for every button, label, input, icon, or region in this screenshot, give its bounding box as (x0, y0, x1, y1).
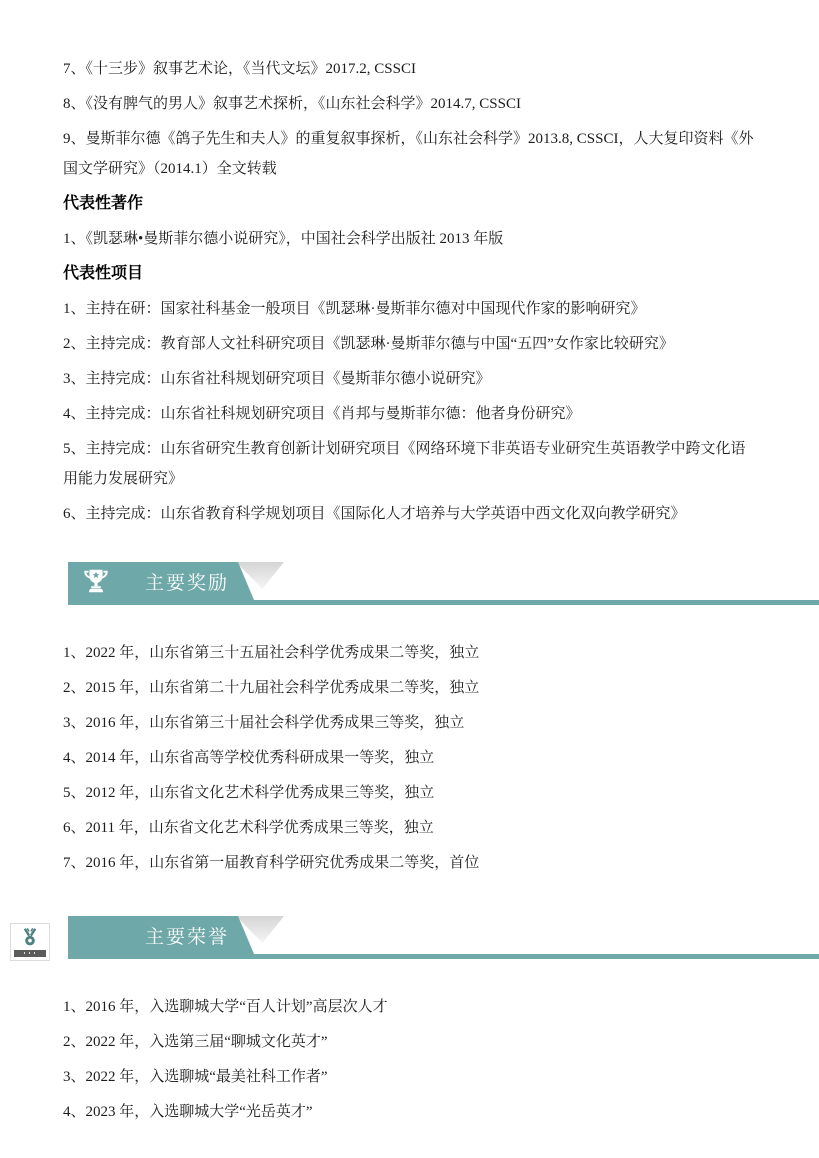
publication-item: 9、曼斯菲尔德《鸽子先生和夫人》的重复叙事探析，《山东社会科学》2013.8, … (63, 124, 757, 184)
honor-item: 2、2022 年，入选第三届“聊城文化英才” (63, 1027, 757, 1057)
award-item: 6、2011 年，山东省文化艺术科学优秀成果三等奖，独立 (63, 813, 757, 843)
medal-icon (10, 923, 50, 961)
project-item: 5、主持完成：山东省研究生教育创新计划研究项目《网络环境下非英语专业研究生英语教… (63, 434, 757, 494)
award-item: 1、2022 年，山东省第三十五届社会科学优秀成果二等奖，独立 (63, 638, 757, 668)
medal-icon-caption-strip (14, 950, 46, 957)
works-heading: 代表性著作 (63, 189, 757, 219)
banner-underline (68, 600, 819, 605)
profile-document-page: 7、《十三步》叙事艺术论，《当代文坛》2017.2, CSSCI 8、《没有脾气… (0, 0, 819, 1158)
project-item: 6、主持完成：山东省教育科学规划项目《国际化人才培养与大学英语中西文化双向教学研… (63, 499, 757, 529)
work-item: 1、《凯瑟琳•曼斯菲尔德小说研究》，中国社会科学出版社 2013 年版 (63, 224, 757, 254)
award-item: 3、2016 年，山东省第三十届社会科学优秀成果三等奖，独立 (63, 708, 757, 738)
award-item: 4、2014 年，山东省高等学校优秀科研成果一等奖，独立 (63, 743, 757, 773)
project-item: 1、主持在研：国家社科基金一般项目《凯瑟琳·曼斯菲尔德对中国现代作家的影响研究》 (63, 294, 757, 324)
project-item: 4、主持完成：山东省社科规划研究项目《肖邦与曼斯菲尔德：他者身份研究》 (63, 399, 757, 429)
honors-banner-label: 主要荣誉 (145, 916, 229, 954)
project-item: 3、主持完成：山东省社科规划研究项目《曼斯菲尔德小说研究》 (63, 364, 757, 394)
awards-banner: 主要奖励 (0, 562, 819, 605)
trophy-icon (81, 566, 111, 596)
honors-banner: 主要荣誉 (0, 916, 819, 959)
awards-banner-label: 主要奖励 (145, 562, 229, 600)
project-item: 2、主持完成：教育部人文社科研究项目《凯瑟琳·曼斯菲尔德与中国“五四”女作家比较… (63, 329, 757, 359)
honors-list: 1、2016 年，入选聊城大学“百人计划”高层次人才 2、2022 年，入选第三… (0, 992, 819, 1127)
honor-item: 3、2022 年，入选聊城“最美社科工作者” (63, 1062, 757, 1092)
publication-item: 8、《没有脾气的男人》叙事艺术探析，《山东社会科学》2014.7, CSSCI (63, 89, 757, 119)
projects-section: 代表性项目 1、主持在研：国家社科基金一般项目《凯瑟琳·曼斯菲尔德对中国现代作家… (0, 259, 819, 529)
honor-item: 1、2016 年，入选聊城大学“百人计划”高层次人才 (63, 992, 757, 1022)
works-section: 代表性著作 1、《凯瑟琳•曼斯菲尔德小说研究》，中国社会科学出版社 2013 年… (0, 189, 819, 254)
award-item: 7、2016 年，山东省第一届教育科学研究优秀成果二等奖，首位 (63, 848, 757, 878)
projects-heading: 代表性项目 (63, 259, 757, 289)
banner-underline (68, 954, 819, 959)
awards-list: 1、2022 年，山东省第三十五届社会科学优秀成果二等奖，独立 2、2015 年… (0, 638, 819, 878)
award-item: 5、2012 年，山东省文化艺术科学优秀成果三等奖，独立 (63, 778, 757, 808)
publications-list: 7、《十三步》叙事艺术论，《当代文坛》2017.2, CSSCI 8、《没有脾气… (0, 0, 819, 184)
publication-item: 7、《十三步》叙事艺术论，《当代文坛》2017.2, CSSCI (63, 54, 757, 84)
award-item: 2、2015 年，山东省第二十九届社会科学优秀成果二等奖，独立 (63, 673, 757, 703)
honor-item: 4、2023 年，入选聊城大学“光岳英才” (63, 1097, 757, 1127)
